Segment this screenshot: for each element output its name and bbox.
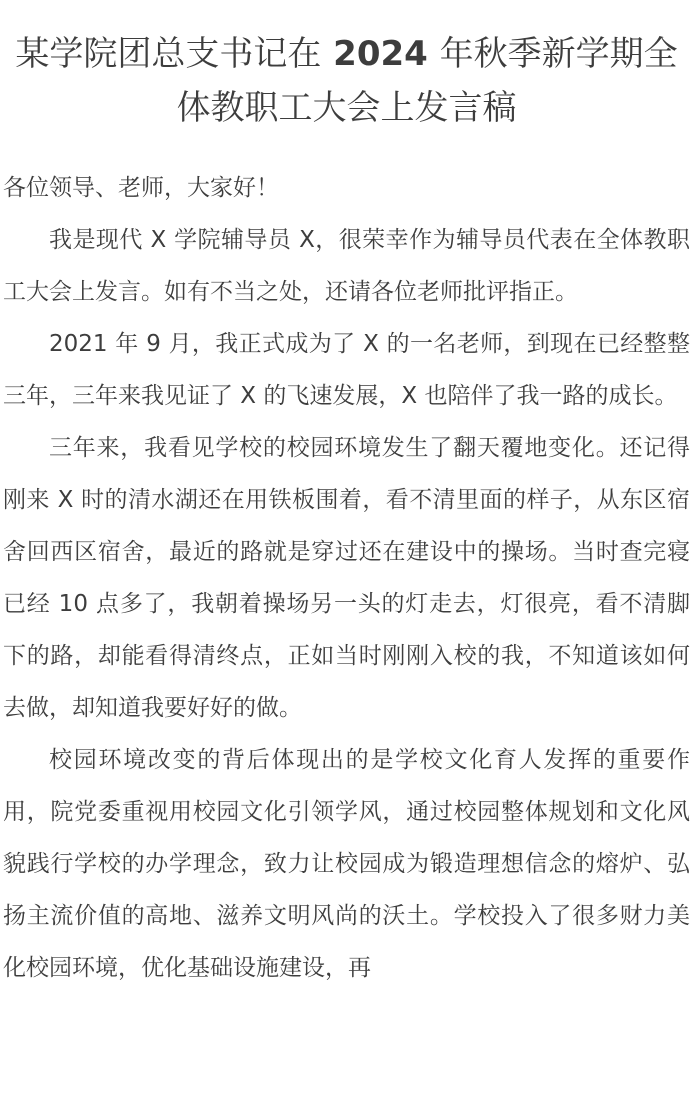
paragraph-introduction: 我是现代 X 学院辅导员 X，很荣幸作为辅导员代表在全体教职工大会上发言。如有不… (3, 214, 690, 318)
document-body: 各位领导、老师，大家好！ 我是现代 X 学院辅导员 X，很荣幸作为辅导员代表在全… (0, 162, 693, 994)
title-year: 2024 (321, 34, 439, 74)
paragraph-since-2021: 2021 年 9 月，我正式成为了 X 的一名老师，到现在已经整整三年，三年来我… (3, 318, 690, 422)
paragraph-campus-change: 三年来，我看见学校的校园环境发生了翻天覆地变化。还记得刚来 X 时的清水湖还在用… (3, 422, 690, 734)
title-part-1: 某学院团总支书记在 (15, 34, 321, 74)
document-title: 某学院团总支书记在 2024 年秋季新学期全体教职工大会上发言稿 (0, 0, 693, 135)
paragraph-greeting: 各位领导、老师，大家好！ (3, 162, 690, 214)
paragraph-campus-culture: 校园环境改变的背后体现出的是学校文化育人发挥的重要作用，院党委重视用校园文化引领… (3, 734, 690, 994)
